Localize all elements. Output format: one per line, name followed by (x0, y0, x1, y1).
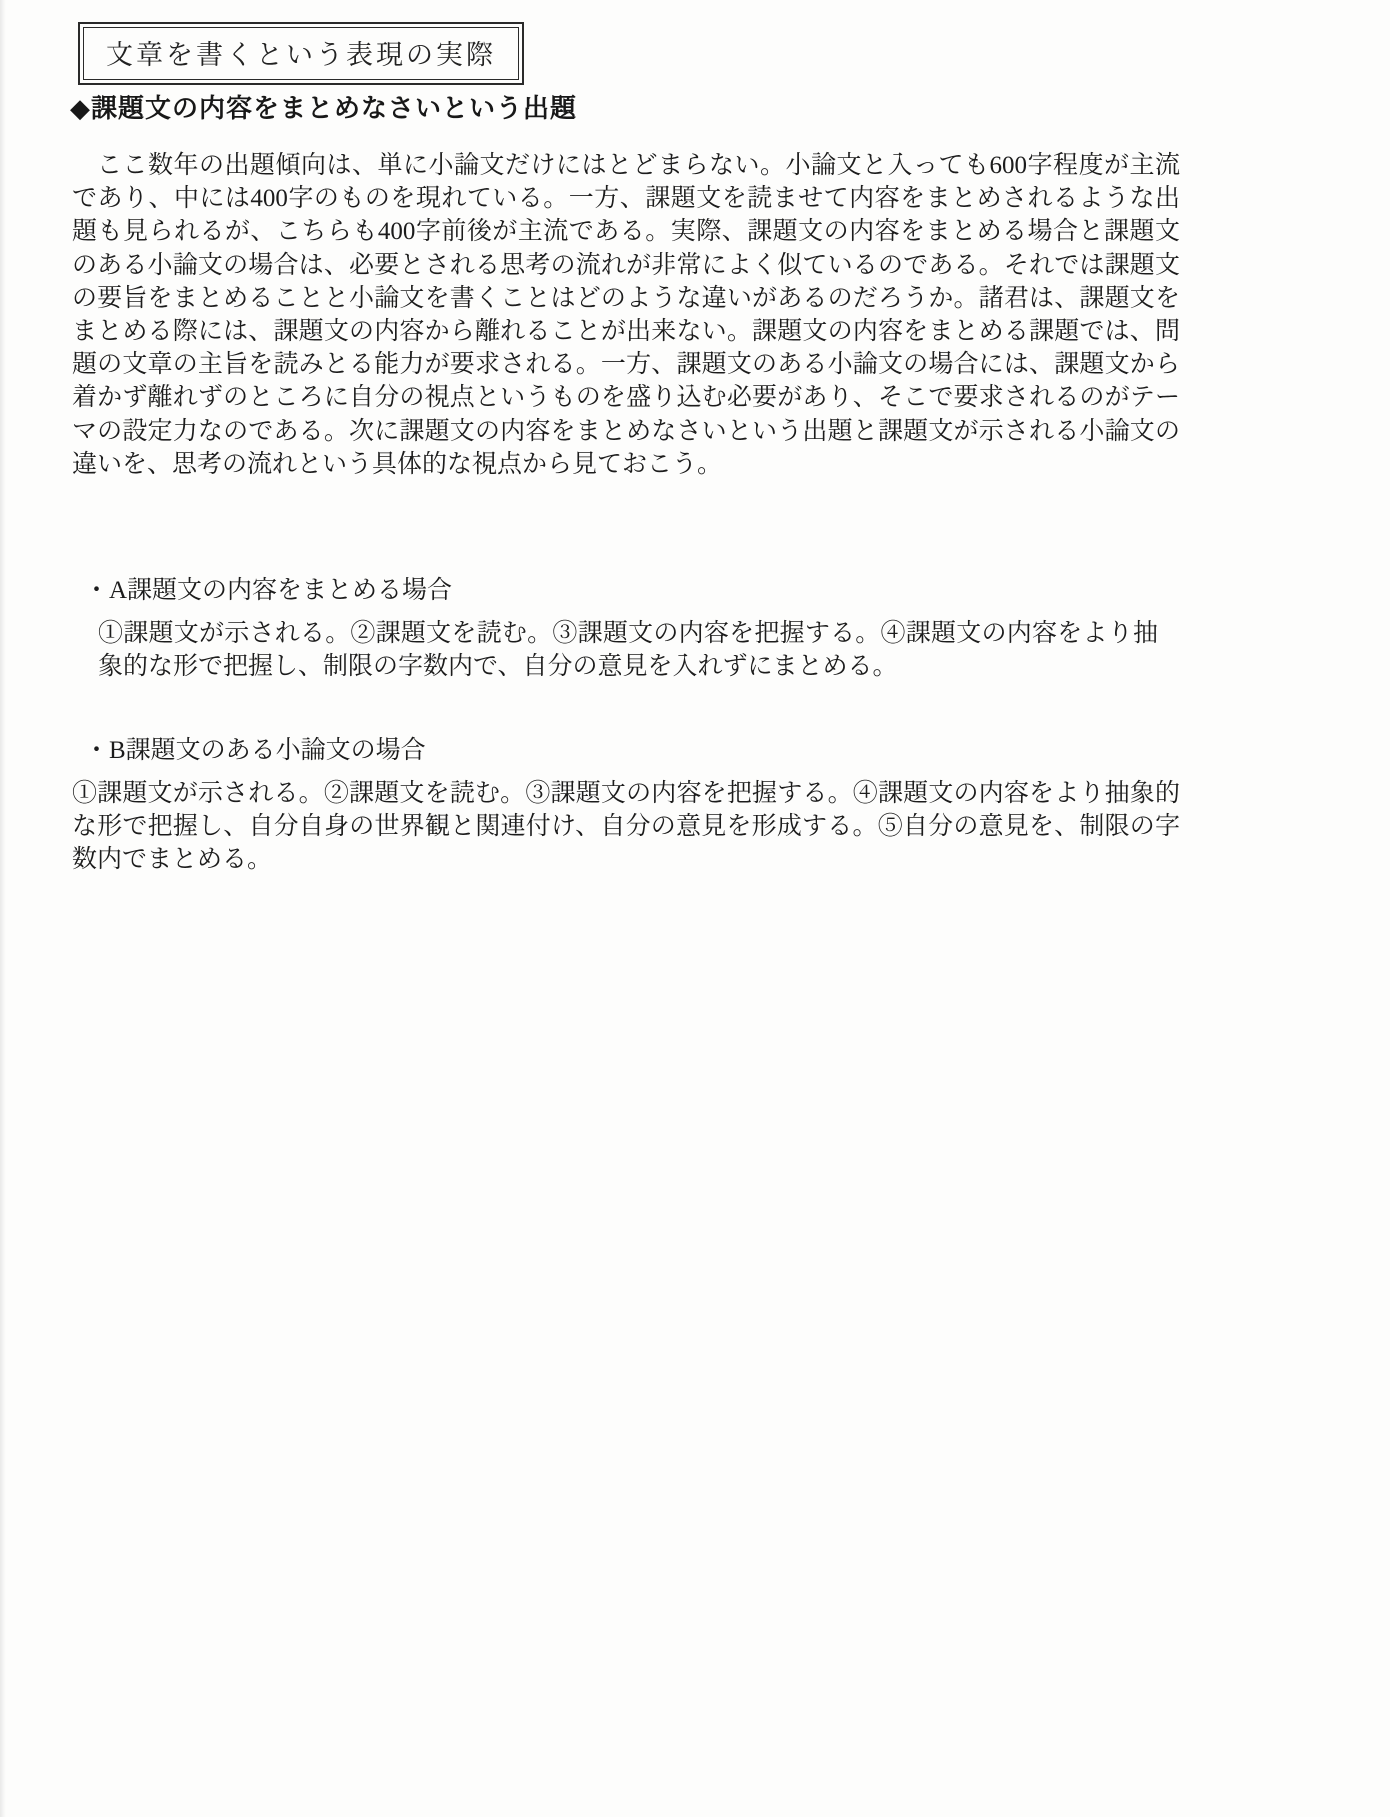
case-a-body: ①課題文が示される。②課題文を読む。③課題文の内容を把握する。④課題文の内容をよ… (84, 617, 1158, 683)
case-a-block: ・A課題文の内容をまとめる場合 ①課題文が示される。②課題文を読む。③課題文の内… (84, 575, 1168, 683)
case-b-body: ①課題文が示される。②課題文を読む。③課題文の内容を把握する。④課題文の内容をよ… (72, 777, 1180, 877)
intro-paragraph: ここ数年の出題傾向は、単に小論文だけにはとどまらない。小論文と入っても600字程… (72, 149, 1180, 481)
scan-edge-artifact (0, 0, 6, 1817)
document-page: 文章を書くという表現の実際 ◆課題文の内容をまとめなさいという出題 ここ数年の出… (0, 0, 1390, 1817)
case-a-heading: ・A課題文の内容をまとめる場合 (84, 575, 1168, 607)
case-b-heading: ・B課題文のある小論文の場合 (84, 735, 1180, 767)
document-title-box: 文章を書くという表現の実際 (78, 22, 524, 85)
document-title: 文章を書くという表現の実際 (83, 27, 519, 80)
case-b-block: ・B課題文のある小論文の場合 ①課題文が示される。②課題文を読む。③課題文の内容… (84, 735, 1180, 877)
section-heading: ◆課題文の内容をまとめなさいという出題 (70, 88, 577, 125)
